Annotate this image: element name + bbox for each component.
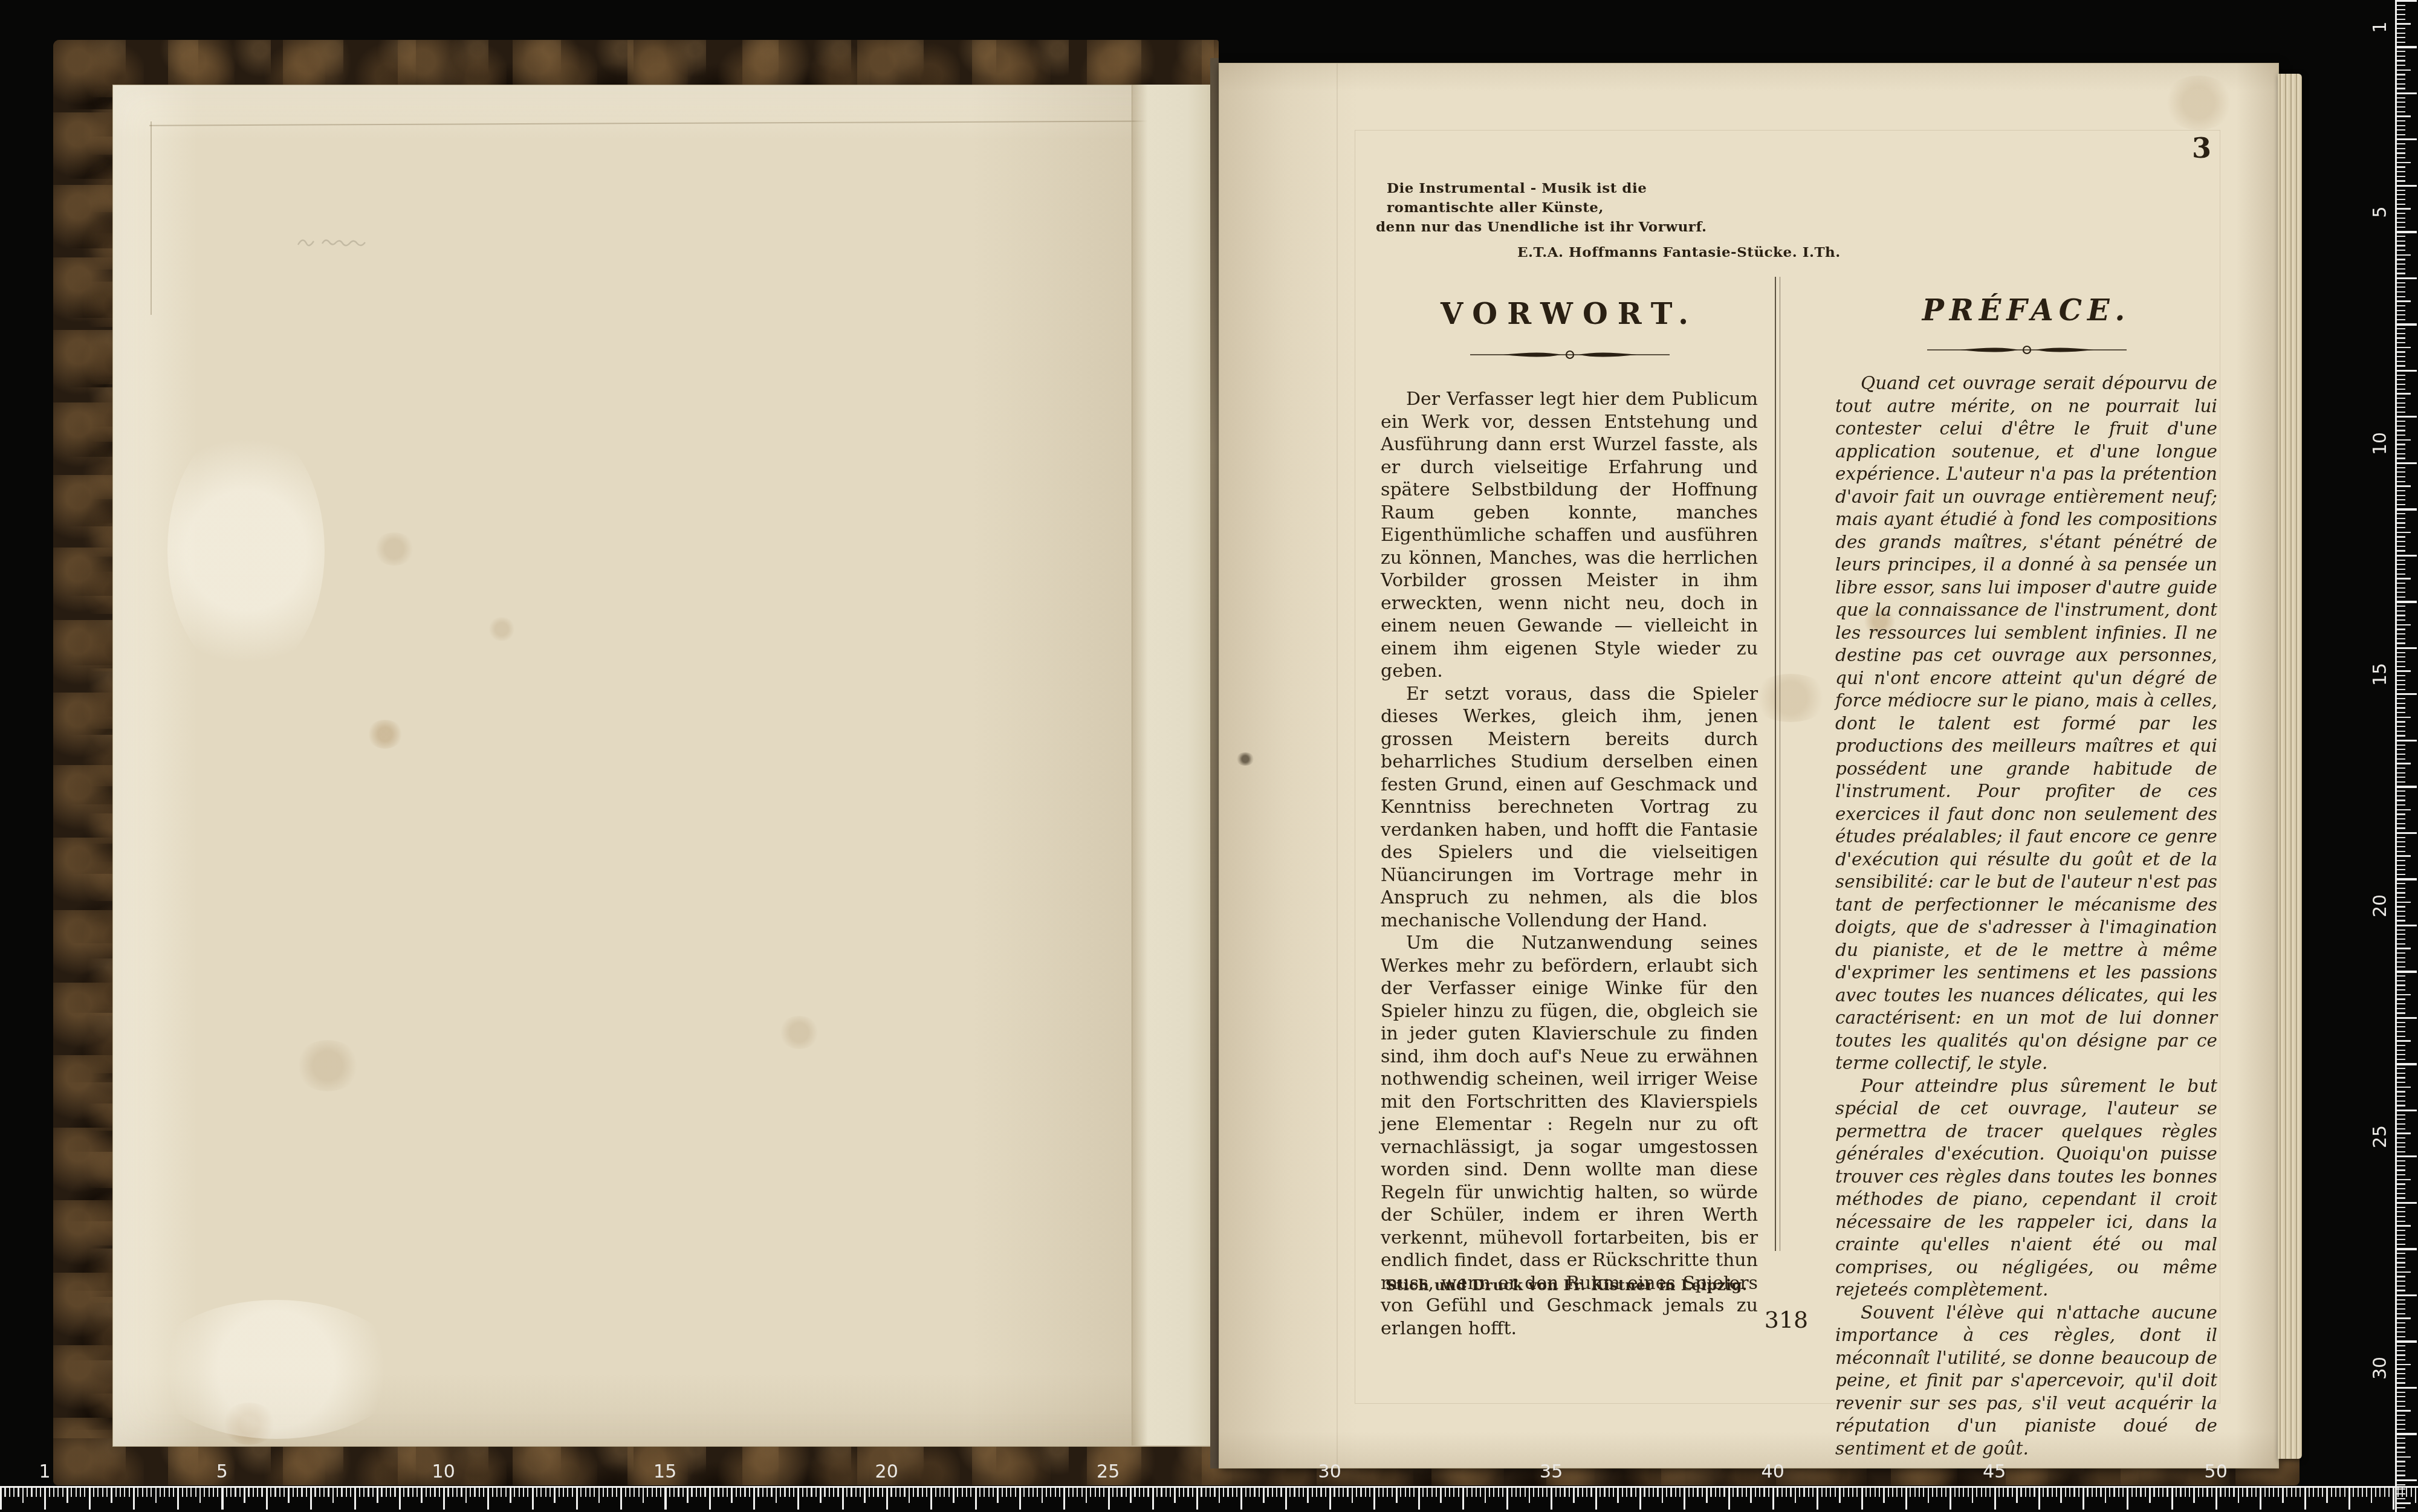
hinge-cloth-strip [1132,85,1211,1446]
water-stain [149,1300,403,1439]
ruler-number: 40 [1762,1461,1784,1482]
page-number: 3 [2183,132,2220,164]
french-paragraph: Quand cet ouvrage serait dépourvu de tou… [1835,372,2217,1075]
ruler-number: 45 [1983,1461,2006,1482]
german-paragraph: Der Verfasser legt hier dem Publicum ein… [1381,388,1758,683]
page-stack-edge [151,121,152,315]
german-paragraph: Er setzt voraus, dass die Spieler dieses… [1381,683,1758,932]
ink-spot [1236,752,1254,766]
french-heading: PRÉFACE. [1835,294,2217,328]
column-divider-rule [1775,277,1780,1251]
blank-verso-page [112,85,1214,1447]
epigraph-line: denn nur das Unendliche ist ihr Vorwurf. [1376,218,1751,237]
foxing-stain [367,720,403,749]
leather-cover-top-edge [53,40,1219,88]
foxing-stain [222,1403,276,1445]
ruler-number: 10 [2370,431,2391,454]
pencil-inscription [294,229,397,253]
ruler-number: 5 [216,1461,228,1482]
epigraph-attribution: E.T.A. Hoffmanns Fantasie-Stücke. I.Th. [1517,244,1841,260]
ruler-bottom-numbers: 15101520253035404550 [0,1461,2418,1484]
fore-edge-page-stack [2278,74,2302,1459]
ruler-number: 1 [2370,21,2391,33]
ruler-number: 10 [432,1461,455,1482]
measurement-ruler-bottom [0,1486,2418,1512]
book-scan-photograph: 3 Die Instrumental - Musik ist die roman… [0,0,2418,1512]
page-stack-edge [149,120,1177,126]
gutter-fold [1210,58,1219,1468]
ruler-number: 30 [1318,1461,1341,1482]
leather-cover-left-edge [53,40,116,1485]
french-paragraph: Pour atteindre plus sûrement le but spéc… [1835,1075,2217,1302]
ruler-number: 50 [2205,1461,2228,1482]
section-ornament [1470,349,1670,360]
printer-imprint: Stich und Druck von Fr. Kistner in Leipz… [1386,1276,1748,1294]
page-fold-line [1337,63,1338,1468]
foxing-stain [373,532,415,566]
german-heading: VORWORT. [1381,297,1758,331]
ruler-number: 25 [1097,1461,1120,1482]
ruler-number: 35 [1540,1461,1563,1482]
foxing-stain [488,617,516,641]
foxing-stain [294,1040,361,1091]
french-preface-column: Quand cet ouvrage serait dépourvu de tou… [1835,372,2217,1460]
french-paragraph: Souvent l'élève qui n'attache aucune imp… [1835,1302,2217,1461]
ruler-right-numbers: 151015202530 [2370,0,2390,1512]
epigraph-line: Die Instrumental - Musik ist die romanti… [1376,179,1751,218]
ruler-number: 20 [875,1461,898,1482]
ruler-ticks [2397,0,2418,1512]
ruler-number: 15 [653,1461,676,1482]
section-ornament [1927,344,2127,355]
epigraph: Die Instrumental - Musik ist die romanti… [1376,179,1751,237]
foxing-stain [778,1016,820,1049]
ruler-number: 1 [39,1461,50,1482]
ruler-number: 25 [2370,1125,2391,1148]
german-preface-column: Der Verfasser legt hier dem Publicum ein… [1381,388,1758,1340]
ruler-ticks [0,1488,2418,1512]
ruler-number: 20 [2370,894,2391,917]
ruler-number: 5 [2370,206,2391,218]
measurement-ruler-right [2395,0,2418,1512]
water-stain [167,424,325,677]
ruler-number: 30 [2370,1356,2391,1379]
ruler-number: 15 [2370,663,2391,686]
plate-number: 318 [1753,1307,1820,1333]
foxing-stain [2162,76,2235,130]
